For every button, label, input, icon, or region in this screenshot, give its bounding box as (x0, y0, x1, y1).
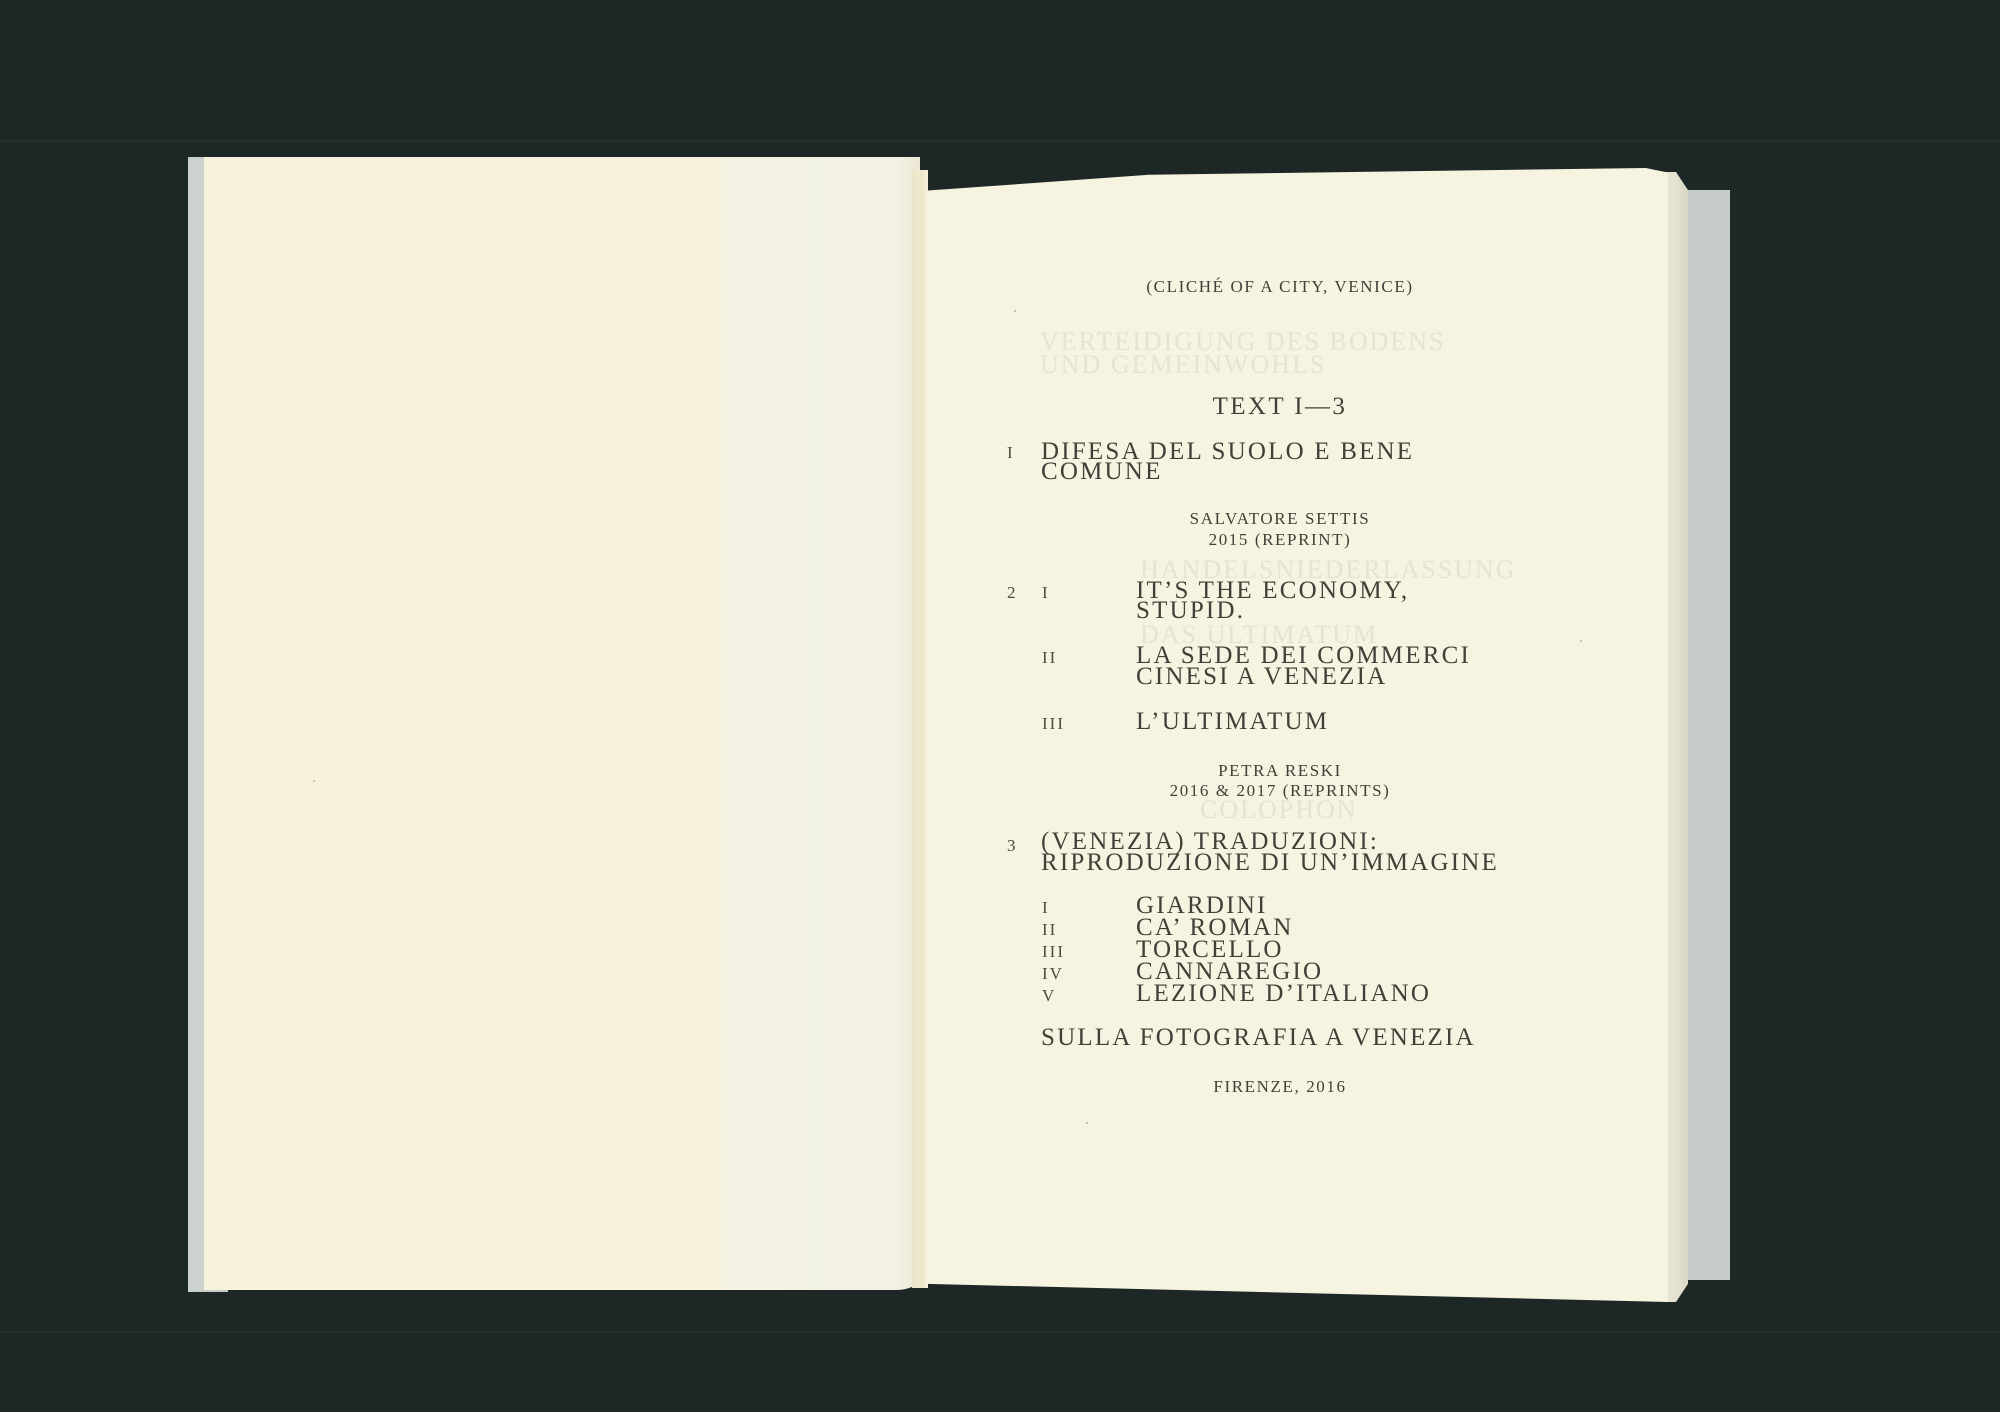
paper-speck (1580, 640, 1582, 642)
paper-speck (313, 780, 315, 782)
place-date: FIRENZE, 2016 (1020, 1076, 1540, 1097)
entry-date: 2016 & 2017 (REPRINTS) (1020, 780, 1540, 801)
subentry-numeral: IV (1042, 964, 1064, 984)
paper-speck (1014, 310, 1016, 312)
left-page-blank (204, 157, 920, 1290)
entry-number: 2 (1007, 583, 1018, 603)
subentry-numeral: II (1042, 920, 1057, 940)
entry-number: I (1007, 443, 1015, 463)
book-gutter (912, 170, 928, 1288)
running-header: (CLICHÉ OF A CITY, VENICE) (1020, 276, 1540, 297)
subentry-title-line: STUPID. (1136, 600, 1245, 622)
entry-author: SALVATORE SETTIS (1020, 508, 1540, 529)
subentry-numeral: I (1042, 583, 1050, 603)
entry-number: 3 (1007, 836, 1018, 856)
subentry-numeral: I (1042, 898, 1050, 918)
subentry-numeral: III (1042, 714, 1065, 734)
entry-date: 2015 (REPRINT) (1020, 529, 1540, 550)
show-through-line: UND GEMEINWOHLS (1040, 350, 1326, 380)
entry-title-line: RIPRODUZIONE DI UN’IMMAGINE (1041, 852, 1499, 874)
section-title: TEXT I—3 (1020, 396, 1540, 418)
paper-speck (1086, 1122, 1088, 1124)
scan-line-top (0, 140, 2000, 142)
entry-title-line: COMUNE (1041, 461, 1163, 483)
subentry-title-line: L’ULTIMATUM (1136, 711, 1329, 733)
subentry-label: LEZIONE D’ITALIANO (1136, 983, 1431, 1005)
subentry-numeral: III (1042, 942, 1065, 962)
subentry-title-line: CINESI A VENEZIA (1136, 666, 1387, 688)
right-cover-flap (1686, 190, 1730, 1280)
closing-title: SULLA FOTOGRAFIA A VENEZIA (1041, 1027, 1476, 1049)
scan-line-bottom (0, 1331, 2000, 1333)
subentry-numeral: II (1042, 648, 1057, 668)
entry-author: PETRA RESKI (1020, 760, 1540, 781)
subentry-numeral: V (1042, 986, 1056, 1006)
